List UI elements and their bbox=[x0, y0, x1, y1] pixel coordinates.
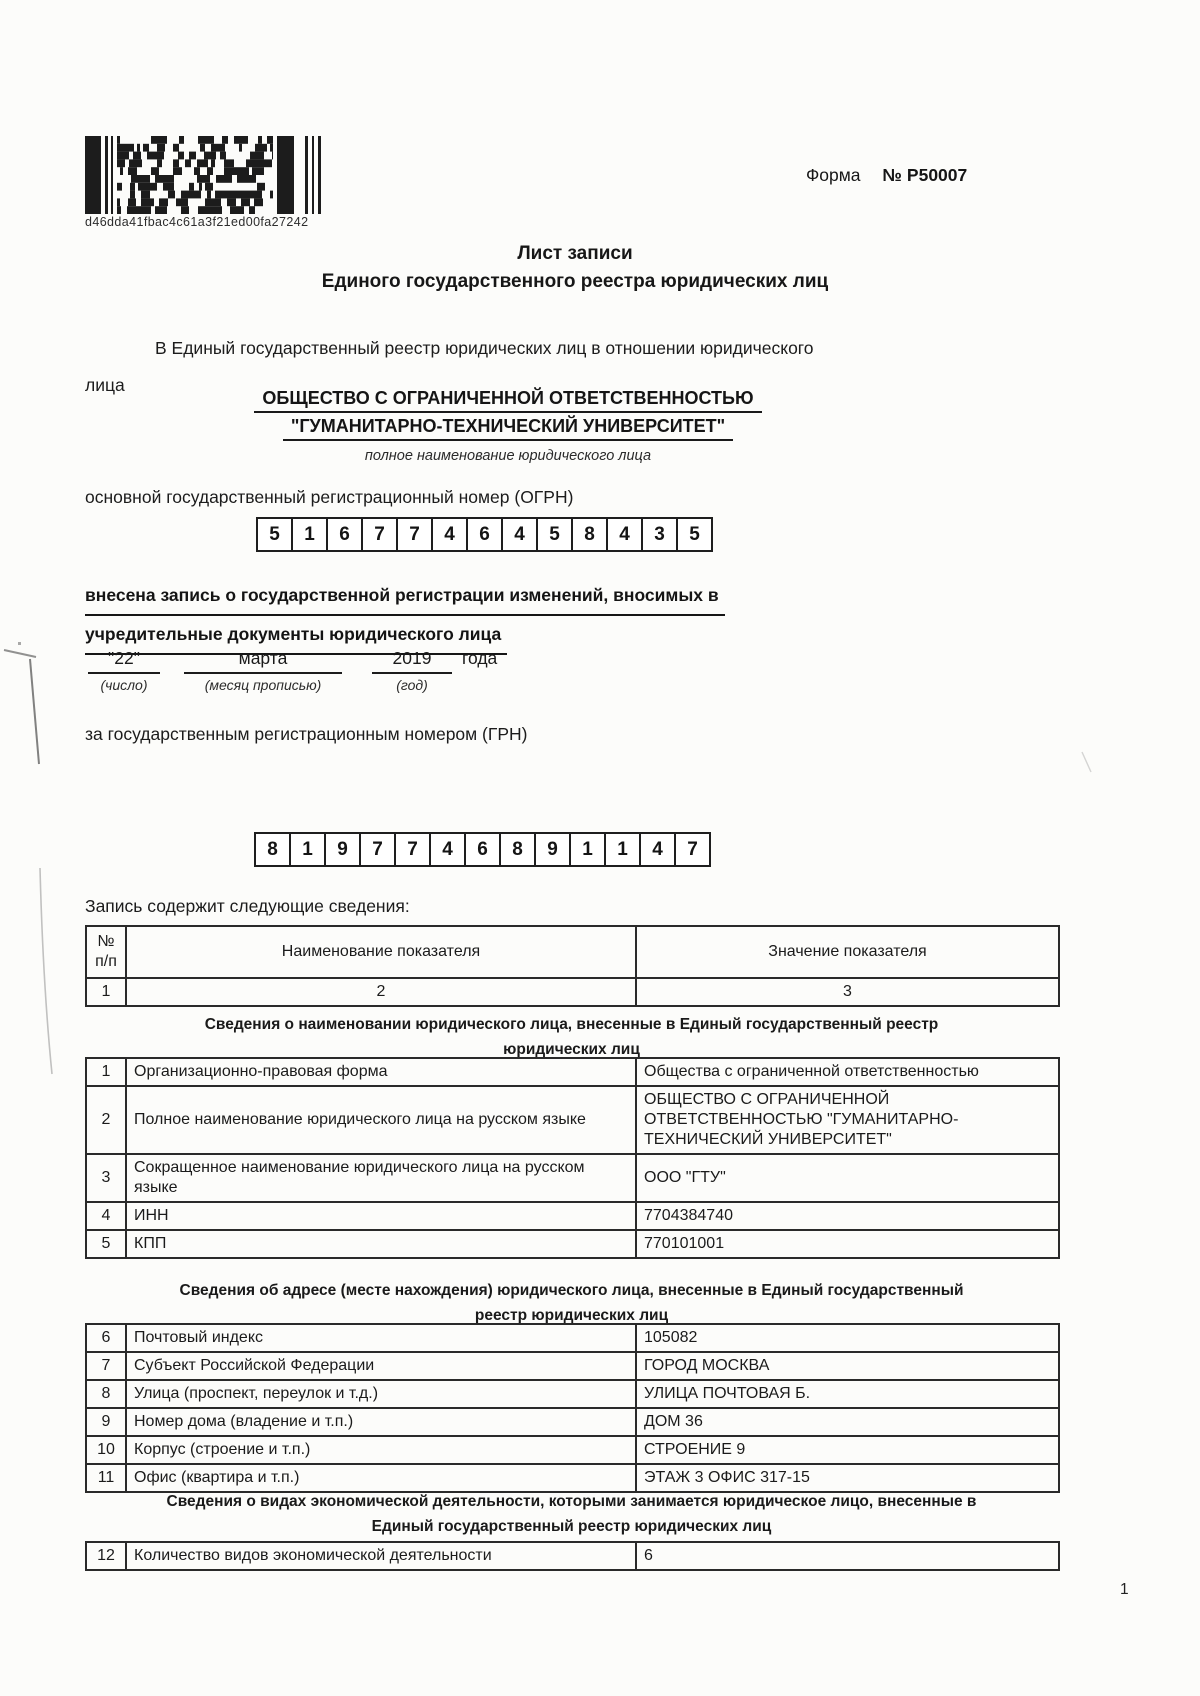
row-value-cell: ЭТАЖ 3 ОФИС 317-15 bbox=[636, 1464, 1059, 1492]
row-value-cell: ГОРОД МОСКВА bbox=[636, 1352, 1059, 1380]
form-number-line: Форма№ Р50007 bbox=[806, 165, 967, 186]
row-name-cell: КПП bbox=[126, 1230, 636, 1258]
statement-line-1: внесена запись о государственной регистр… bbox=[85, 577, 725, 616]
date-month-caption: (месяц прописью) bbox=[184, 677, 342, 693]
row-value-cell: 6 bbox=[636, 1542, 1059, 1570]
company-name-line-1: ОБЩЕСТВО С ОГРАНИЧЕННОЙ ОТВЕТСТВЕННОСТЬЮ bbox=[254, 388, 761, 413]
row-value-cell: Общества с ограниченной ответственностью bbox=[636, 1058, 1059, 1086]
date-month-segment: марта (месяц прописью) bbox=[184, 648, 342, 693]
digit-cell: 6 bbox=[464, 832, 501, 867]
row-value-cell: УЛИЦА ПОЧТОВАЯ Б. bbox=[636, 1380, 1059, 1408]
row-number-cell: 12 bbox=[86, 1542, 126, 1570]
table-row: 5КПП770101001 bbox=[86, 1230, 1059, 1258]
table-row: № п/п Наименование показателя Значение п… bbox=[86, 926, 1059, 978]
row-number-cell: 11 bbox=[86, 1464, 126, 1492]
row-name-cell: ИНН bbox=[126, 1202, 636, 1230]
table-row: 2Полное наименование юридического лица н… bbox=[86, 1086, 1059, 1154]
digit-cell: 4 bbox=[606, 517, 643, 552]
row-number-cell: 6 bbox=[86, 1324, 126, 1352]
row-number-cell: 2 bbox=[86, 1086, 126, 1154]
header-col-value: Значение показателя bbox=[636, 926, 1059, 978]
digit-cell: 7 bbox=[359, 832, 396, 867]
row-name-cell: Сокращенное наименование юридического ли… bbox=[126, 1154, 636, 1202]
table-row: 8Улица (проспект, переулок и т.д.)УЛИЦА … bbox=[86, 1380, 1059, 1408]
row-name-cell: Улица (проспект, переулок и т.д.) bbox=[126, 1380, 636, 1408]
table-row: 1Организационно-правовая формаОбщества с… bbox=[86, 1058, 1059, 1086]
row-number-cell: 3 bbox=[86, 1154, 126, 1202]
date-year-caption: (год) bbox=[372, 677, 452, 693]
digit-cell: 4 bbox=[429, 832, 466, 867]
table-row: 3Сокращенное наименование юридического л… bbox=[86, 1154, 1059, 1202]
row-number-cell: 8 bbox=[86, 1380, 126, 1408]
digit-cell: 9 bbox=[534, 832, 571, 867]
barcode-caption: d46dda41fbac4c61a3f21ed00fa27242 bbox=[85, 215, 308, 229]
date-year-value: 2019 bbox=[372, 648, 452, 674]
row-name-cell: Количество видов экономической деятельно… bbox=[126, 1542, 636, 1570]
row-value-cell: ДОМ 36 bbox=[636, 1408, 1059, 1436]
digit-cell: 8 bbox=[499, 832, 536, 867]
row-name-cell: Почтовый индекс bbox=[126, 1324, 636, 1352]
digit-cell: 4 bbox=[431, 517, 468, 552]
header-num-3: 3 bbox=[636, 978, 1059, 1006]
row-value-cell: ООО "ГТУ" bbox=[636, 1154, 1059, 1202]
row-value-cell: 105082 bbox=[636, 1324, 1059, 1352]
section-heading-name-info: Сведения о наименовании юридического лиц… bbox=[85, 1012, 1058, 1062]
row-number-cell: 10 bbox=[86, 1436, 126, 1464]
row-value-cell: ОБЩЕСТВО С ОГРАНИЧЕННОЙ ОТВЕТСТВЕННОСТЬЮ… bbox=[636, 1086, 1059, 1154]
intro-line-1: В Единый государственный реестр юридичес… bbox=[85, 330, 1085, 367]
row-name-cell: Полное наименование юридического лица на… bbox=[126, 1086, 636, 1154]
pdf417-barcode bbox=[85, 136, 337, 214]
table-row: 6Почтовый индекс105082 bbox=[86, 1324, 1059, 1352]
digit-cell: 8 bbox=[254, 832, 291, 867]
row-number-cell: 9 bbox=[86, 1408, 126, 1436]
date-day-segment: "22" (число) bbox=[88, 648, 160, 693]
digit-cell: 3 bbox=[641, 517, 678, 552]
row-number-cell: 1 bbox=[86, 1058, 126, 1086]
columns-header-table: № п/п Наименование показателя Значение п… bbox=[85, 925, 1060, 1007]
section-heading-activity-info: Сведения о видах экономической деятельно… bbox=[85, 1489, 1058, 1539]
date-day-caption: (число) bbox=[88, 677, 160, 693]
date-day-value: "22" bbox=[88, 648, 160, 674]
header-num-2: 2 bbox=[126, 978, 636, 1006]
table-row: 1 2 3 bbox=[86, 978, 1059, 1006]
row-name-cell: Офис (квартира и т.п.) bbox=[126, 1464, 636, 1492]
row-value-cell: 7704384740 bbox=[636, 1202, 1059, 1230]
digit-cell: 5 bbox=[536, 517, 573, 552]
header-col-name: Наименование показателя bbox=[126, 926, 636, 978]
form-number: № Р50007 bbox=[883, 165, 968, 185]
company-name-line-2: "ГУМАНИТАРНО-ТЕХНИЧЕСКИЙ УНИВЕРСИТЕТ" bbox=[283, 416, 733, 441]
digit-cell: 5 bbox=[676, 517, 713, 552]
registration-date: "22" (число) марта (месяц прописью) 2019… bbox=[88, 648, 497, 693]
document-title: Лист записи Единого государственного рее… bbox=[85, 243, 1065, 293]
digit-cell: 1 bbox=[569, 832, 606, 867]
table-row: 9Номер дома (владение и т.п.)ДОМ 36 bbox=[86, 1408, 1059, 1436]
company-name-caption: полное наименование юридического лица bbox=[85, 448, 931, 464]
row-name-cell: Номер дома (владение и т.п.) bbox=[126, 1408, 636, 1436]
digit-cell: 5 bbox=[256, 517, 293, 552]
row-number-cell: 5 bbox=[86, 1230, 126, 1258]
company-name-block: ОБЩЕСТВО С ОГРАНИЧЕННОЙ ОТВЕТСТВЕННОСТЬЮ… bbox=[85, 388, 931, 464]
row-number-cell: 4 bbox=[86, 1202, 126, 1230]
address-info-table: 6Почтовый индекс1050827Субъект Российско… bbox=[85, 1323, 1060, 1493]
section-heading-address-info: Сведения об адресе (месте нахождения) юр… bbox=[85, 1278, 1058, 1328]
digit-cell: 7 bbox=[394, 832, 431, 867]
scanned-document-page: d46dda41fbac4c61a3f21ed00fa27242 Форма№ … bbox=[0, 0, 1200, 1696]
date-suffix: года bbox=[462, 648, 497, 669]
date-year-segment: 2019 (год) bbox=[372, 648, 452, 693]
digit-cell: 7 bbox=[361, 517, 398, 552]
digit-cell: 4 bbox=[501, 517, 538, 552]
row-name-cell: Организационно-правовая форма bbox=[126, 1058, 636, 1086]
record-contains-label: Запись содержит следующие сведения: bbox=[85, 896, 410, 917]
row-number-cell: 7 bbox=[86, 1352, 126, 1380]
title-line-2: Единого государственного реестра юридиче… bbox=[85, 271, 1065, 293]
table-row: 4ИНН7704384740 bbox=[86, 1202, 1059, 1230]
header-col-npp: № п/п bbox=[86, 926, 126, 978]
date-month-value: марта bbox=[184, 648, 342, 674]
header-num-1: 1 bbox=[86, 978, 126, 1006]
form-label: Форма bbox=[806, 165, 861, 185]
digit-cell: 1 bbox=[289, 832, 326, 867]
record-statement: внесена запись о государственной регистр… bbox=[85, 577, 1065, 655]
title-line-1: Лист записи bbox=[85, 243, 1065, 265]
digit-cell: 1 bbox=[604, 832, 641, 867]
row-value-cell: СТРОЕНИЕ 9 bbox=[636, 1436, 1059, 1464]
table-row: 11Офис (квартира и т.п.)ЭТАЖ 3 ОФИС 317-… bbox=[86, 1464, 1059, 1492]
row-name-cell: Субъект Российской Федерации bbox=[126, 1352, 636, 1380]
ogrn-label: основной государственный регистрационный… bbox=[85, 487, 573, 508]
digit-cell: 7 bbox=[396, 517, 433, 552]
activity-info-table: 12Количество видов экономической деятель… bbox=[85, 1541, 1060, 1571]
grn-digit-boxes: 8197746891147 bbox=[254, 832, 711, 867]
digit-cell: 8 bbox=[571, 517, 608, 552]
table-row: 7Субъект Российской ФедерацииГОРОД МОСКВ… bbox=[86, 1352, 1059, 1380]
digit-cell: 9 bbox=[324, 832, 361, 867]
table-row: 10Корпус (строение и т.п.)СТРОЕНИЕ 9 bbox=[86, 1436, 1059, 1464]
grn-label: за государственным регистрационным номер… bbox=[85, 724, 528, 745]
digit-cell: 6 bbox=[326, 517, 363, 552]
name-info-table: 1Организационно-правовая формаОбщества с… bbox=[85, 1057, 1060, 1259]
page-number: 1 bbox=[1120, 1581, 1129, 1599]
digit-cell: 6 bbox=[466, 517, 503, 552]
row-value-cell: 770101001 bbox=[636, 1230, 1059, 1258]
digit-cell: 4 bbox=[639, 832, 676, 867]
table-row: 12Количество видов экономической деятель… bbox=[86, 1542, 1059, 1570]
digit-cell: 1 bbox=[291, 517, 328, 552]
digit-cell: 7 bbox=[674, 832, 711, 867]
ogrn-digit-boxes: 5167746458435 bbox=[256, 517, 713, 552]
barcode-image bbox=[85, 136, 337, 214]
row-name-cell: Корпус (строение и т.п.) bbox=[126, 1436, 636, 1464]
